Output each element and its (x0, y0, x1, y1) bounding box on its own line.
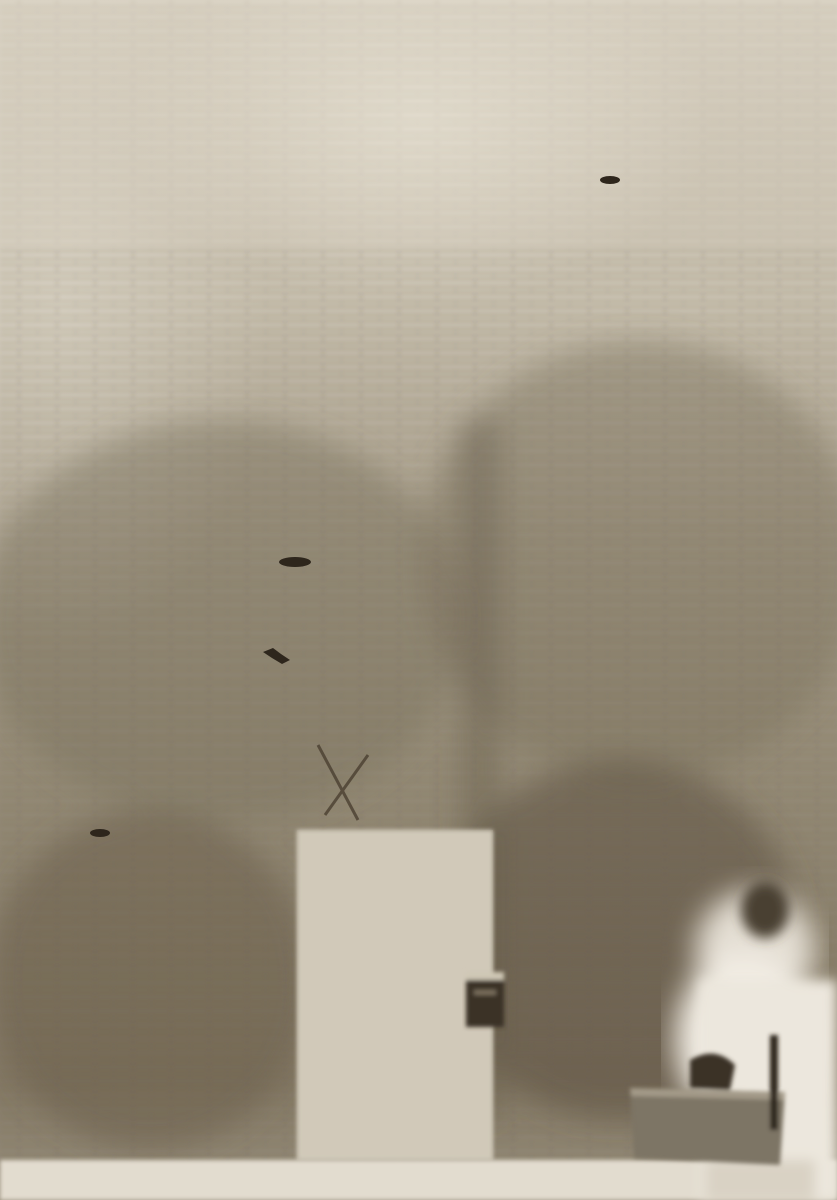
photograph (0, 0, 837, 1200)
mailbox (466, 972, 504, 1027)
scene-svg (0, 0, 837, 1200)
bricked-doorway (297, 830, 493, 1160)
